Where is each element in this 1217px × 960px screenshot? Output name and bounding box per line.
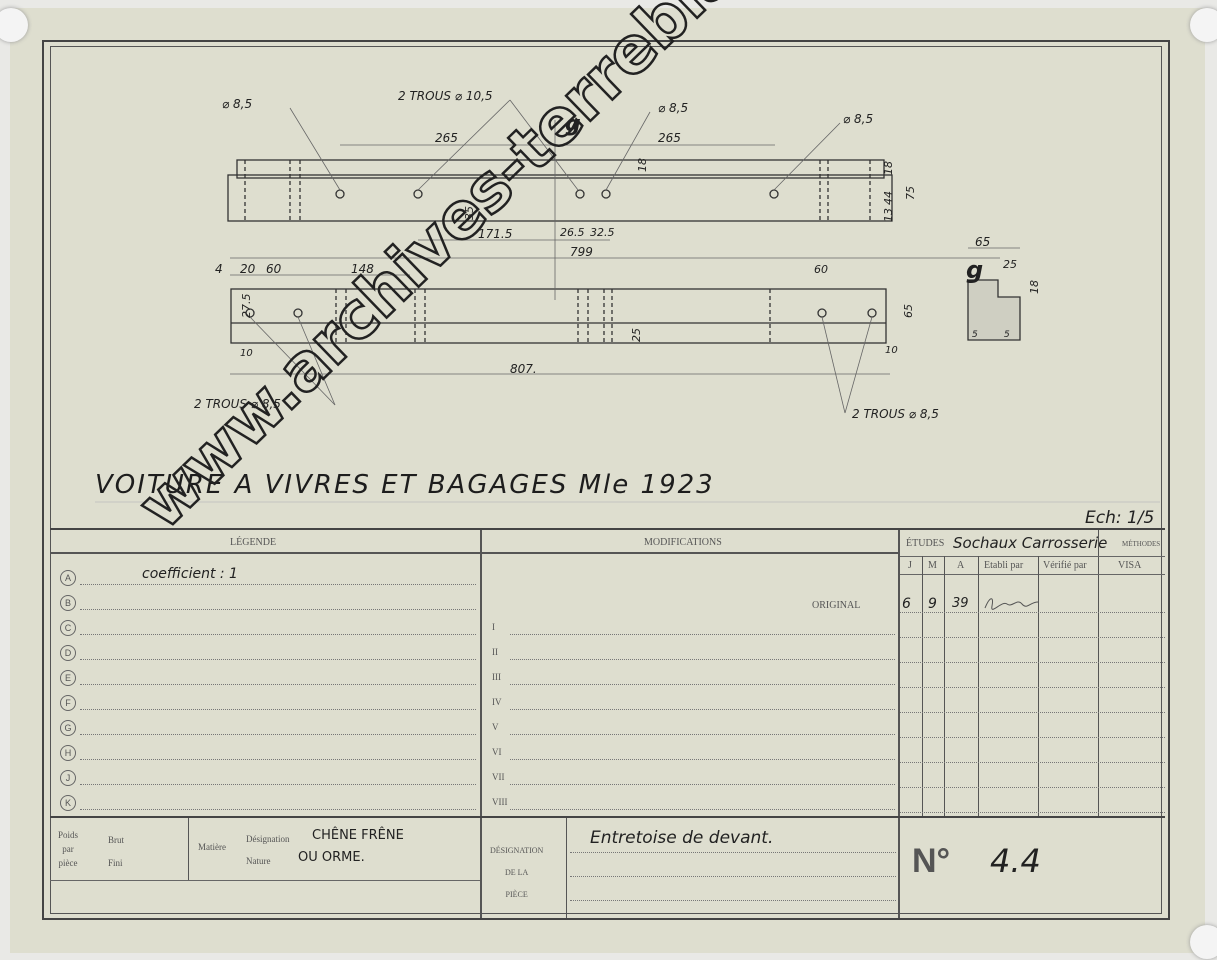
svg-text:20: 20 xyxy=(240,262,256,276)
svg-text:60: 60 xyxy=(814,263,828,276)
col-etabli: Etabli par xyxy=(984,560,1023,571)
svg-text:18: 18 xyxy=(882,161,895,175)
svg-text:265: 265 xyxy=(435,131,458,145)
legende-key: H xyxy=(60,745,76,761)
scale-label: Ech: 1/5 xyxy=(1085,508,1154,528)
svg-text:10: 10 xyxy=(885,345,898,356)
fini-label: Fini xyxy=(108,858,123,868)
date-day: 6 xyxy=(902,596,911,612)
designation-label: Désignation xyxy=(246,834,290,844)
numero-prefix: N° xyxy=(912,842,950,881)
modifications-header: MODIFICATIONS xyxy=(644,537,722,548)
svg-text:⌀ 8,5: ⌀ 8,5 xyxy=(843,112,873,126)
modification-row-label: VI xyxy=(492,747,502,757)
title-block: LÉGENDE A coefficient : 1B C D E F G H J… xyxy=(50,528,1165,918)
svg-text:2 TROUS ⌀ 8,5: 2 TROUS ⌀ 8,5 xyxy=(852,407,939,421)
svg-text:32.5: 32.5 xyxy=(590,226,615,239)
svg-text:60: 60 xyxy=(266,262,282,276)
svg-text:65: 65 xyxy=(902,304,915,318)
svg-text:18: 18 xyxy=(1028,280,1041,294)
svg-text:25: 25 xyxy=(630,328,643,342)
svg-text:25: 25 xyxy=(1003,258,1017,271)
legende-key: F xyxy=(60,695,76,711)
legende-header: LÉGENDE xyxy=(230,537,276,548)
office-name: Sochaux Carrosserie xyxy=(953,534,1107,552)
svg-text:44: 44 xyxy=(882,191,895,205)
modification-row-label: VII xyxy=(492,772,505,782)
piece-label: DÉSIGNATIONDE LAPIÈCE xyxy=(490,840,543,906)
modification-row-label: IV xyxy=(492,697,502,707)
svg-text:27.5: 27.5 xyxy=(240,294,253,319)
legende-key: E xyxy=(60,670,76,686)
date-month: 9 xyxy=(928,596,937,612)
svg-text:799: 799 xyxy=(570,245,593,259)
legende-key: B xyxy=(60,595,76,611)
nature-label: Nature xyxy=(246,856,271,866)
material-nature: OU ORME. xyxy=(298,850,365,865)
svg-text:4: 4 xyxy=(215,262,223,276)
svg-text:⌀ 8,5: ⌀ 8,5 xyxy=(658,101,688,115)
signature xyxy=(982,594,1042,612)
drawing-number: 4.4 xyxy=(990,842,1041,880)
legende-key: D xyxy=(60,645,76,661)
col-visa: VISA xyxy=(1118,560,1141,571)
legende-key: C xyxy=(60,620,76,636)
svg-text:2 TROUS ⌀ 10,5: 2 TROUS ⌀ 10,5 xyxy=(398,89,493,103)
svg-text:26.5: 26.5 xyxy=(560,226,585,239)
modification-row-label: V xyxy=(492,722,499,732)
date-year: 39 xyxy=(952,596,969,611)
svg-text:807.: 807. xyxy=(510,362,537,376)
methodes-header: MÉTHODES xyxy=(1122,540,1160,548)
brut-label: Brut xyxy=(108,835,124,845)
pin xyxy=(1190,925,1217,959)
legende-text: coefficient : 1 xyxy=(142,566,238,582)
svg-text:10: 10 xyxy=(240,348,253,359)
modification-row-label: I xyxy=(492,622,495,632)
svg-text:265: 265 xyxy=(658,131,681,145)
legende-key: K xyxy=(60,795,76,811)
piece-designation: Entretoise de devant. xyxy=(590,828,773,848)
modification-row-label: III xyxy=(492,672,501,682)
legende-key: J xyxy=(60,770,76,786)
svg-text:5: 5 xyxy=(1004,330,1010,340)
etudes-header: ÉTUDES xyxy=(906,538,944,549)
col-a: A xyxy=(957,560,964,571)
svg-text:13: 13 xyxy=(882,208,895,222)
svg-text:g: g xyxy=(966,256,983,284)
legende-key: A xyxy=(60,570,76,586)
col-j: J xyxy=(908,560,912,571)
col-verifie: Vérifié par xyxy=(1043,560,1087,571)
poids-label: Poidsparpièce xyxy=(58,828,78,870)
material-designation: CHÊNE FRÊNE xyxy=(312,828,404,843)
svg-text:65: 65 xyxy=(975,235,990,249)
svg-text:⌀ 8,5: ⌀ 8,5 xyxy=(222,97,252,111)
legende-key: G xyxy=(60,720,76,736)
col-m: M xyxy=(928,560,937,571)
modification-row-label: II xyxy=(492,647,498,657)
modification-row-label: VIII xyxy=(492,797,508,807)
svg-text:75: 75 xyxy=(904,186,917,200)
svg-text:5: 5 xyxy=(972,330,978,340)
svg-text:18: 18 xyxy=(636,158,649,172)
matiere-label: Matière xyxy=(198,842,226,852)
original-label: ORIGINAL xyxy=(812,600,860,611)
